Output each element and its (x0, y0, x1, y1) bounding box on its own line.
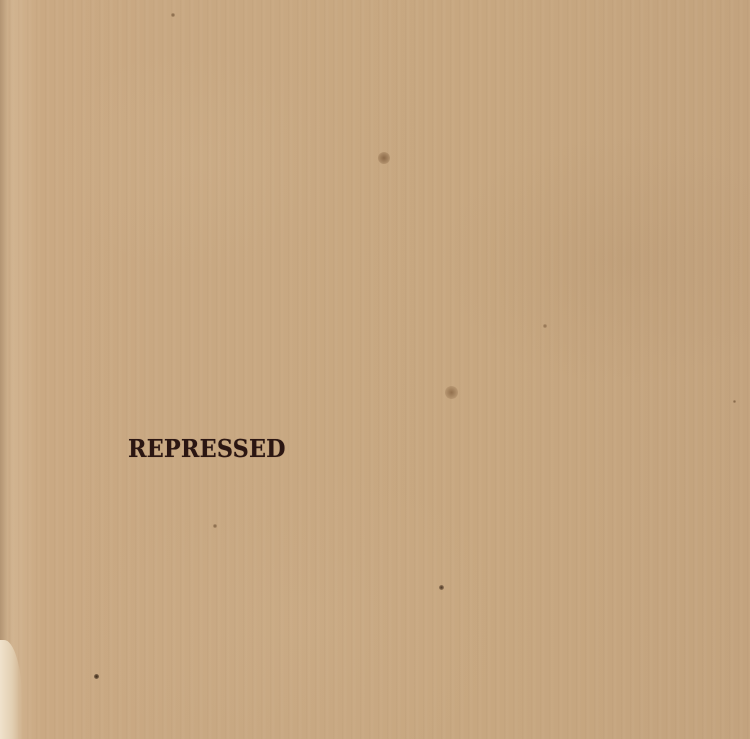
cover-title: REPRESSED (128, 434, 286, 464)
stain-spot (445, 386, 458, 399)
paper-texture (0, 0, 750, 739)
ink-speck (171, 13, 175, 17)
stain-spot (378, 152, 390, 164)
ink-speck (439, 585, 444, 590)
ink-speck (213, 524, 217, 528)
ink-speck (733, 400, 736, 403)
book-cover: REPRESSED (0, 0, 750, 739)
ink-speck (94, 674, 99, 679)
spine-edge (0, 0, 8, 739)
ink-speck (543, 324, 547, 328)
